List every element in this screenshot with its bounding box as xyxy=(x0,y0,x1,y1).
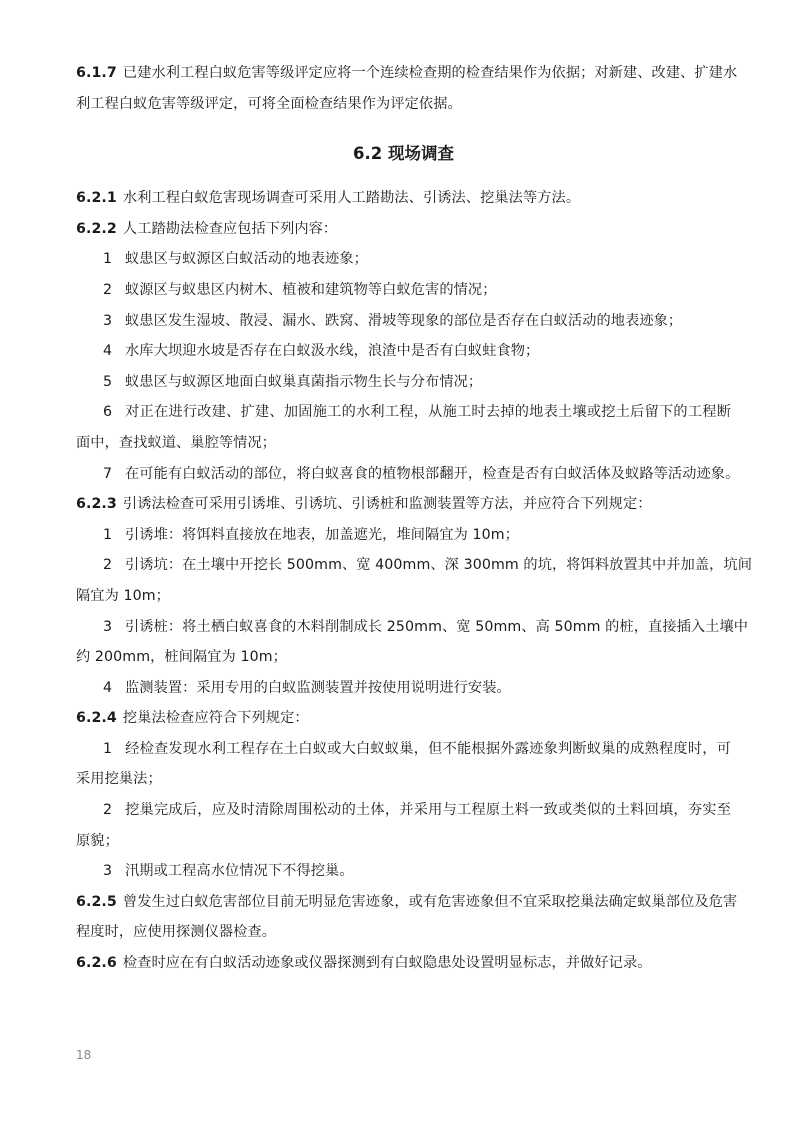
list-item: 2引诱坑：在土壤中开挖长 500mm、宽 400mm、深 300mm 的坑，将饵… xyxy=(76,550,731,581)
list-item: 2挖巢完成后，应及时清除周围松动的土体，并采用与工程原土料一致或类似的土料回填，… xyxy=(76,795,731,826)
clause-number: 6.2.2 xyxy=(76,221,117,237)
section-heading: 6.2 现场调查 xyxy=(76,125,731,183)
list-item-continuation: 原貌； xyxy=(76,826,731,857)
clause-6-2-3: 6.2.3引诱法检查可采用引诱堆、引诱坑、引诱桩和监测装置等方法，并应符合下列规… xyxy=(76,489,731,520)
list-item: 1引诱堆：将饵料直接放在地表，加盖遮光，堆间隔宜为 10m； xyxy=(76,520,731,551)
list-item: 5蚁患区与蚁源区地面白蚁巢真菌指示物生长与分布情况； xyxy=(76,367,731,398)
list-item: 6对正在进行改建、扩建、加固施工的水利工程，从施工时去掉的地表土壤或挖土后留下的… xyxy=(76,397,731,428)
clause-6-2-5-line-1: 6.2.5曾发生过白蚁危害部位目前无明显危害迹象，或有危害迹象但不宜采取挖巢法确… xyxy=(76,887,731,918)
clause-6-2-1: 6.2.1水利工程白蚁危害现场调查可采用人工踏勘法、引诱法、挖巢法等方法。 xyxy=(76,183,731,214)
page-number: 18 xyxy=(76,1048,91,1062)
clause-6-2-4: 6.2.4挖巢法检查应符合下列规定： xyxy=(76,703,731,734)
list-item: 4水库大坝迎水坡是否存在白蚁汲水线，浪渣中是否有白蚁蛀食物； xyxy=(76,336,731,367)
clause-6-2-6: 6.2.6检查时应在有白蚁活动迹象或仪器探测到有白蚁隐患处设置明显标志，并做好记… xyxy=(76,948,731,979)
clause-6-1-7-line-1: 6.1.7已建水利工程白蚁危害等级评定应将一个连续检查期的检查结果作为依据；对新… xyxy=(76,58,731,89)
clause-number: 6.2.1 xyxy=(76,190,117,206)
list-item: 4监测装置：采用专用的白蚁监测装置并按使用说明进行安装。 xyxy=(76,673,731,704)
list-item: 3汛期或工程高水位情况下不得挖巢。 xyxy=(76,856,731,887)
list-item-continuation: 隔宜为 10m； xyxy=(76,581,731,612)
list-item-continuation: 约 200mm，桩间隔宜为 10m； xyxy=(76,642,731,673)
list-item-continuation: 采用挖巢法； xyxy=(76,764,731,795)
clause-number: 6.2.5 xyxy=(76,894,117,910)
clause-number: 6.2.6 xyxy=(76,955,117,971)
list-item-continuation: 面中，查找蚁道、巢腔等情况； xyxy=(76,428,731,459)
list-item: 1经检查发现水利工程存在土白蚁或大白蚁蚁巢，但不能根据外露迹象判断蚁巢的成熟程度… xyxy=(76,734,731,765)
clause-6-2-2: 6.2.2人工踏勘法检查应包括下列内容： xyxy=(76,214,731,245)
list-item: 2蚁源区与蚁患区内树木、植被和建筑物等白蚁危害的情况； xyxy=(76,275,731,306)
clause-number: 6.2.4 xyxy=(76,710,117,726)
list-item: 3蚁患区发生湿坡、散浸、漏水、跌窝、滑坡等现象的部位是否存在白蚁活动的地表迹象； xyxy=(76,306,731,337)
clause-6-1-7-line-2: 利工程白蚁危害等级评定，可将全面检查结果作为评定依据。 xyxy=(76,89,731,120)
clause-6-2-5-line-2: 程度时，应使用探测仪器检查。 xyxy=(76,917,731,948)
clause-number: 6.1.7 xyxy=(76,65,117,81)
document-page: 6.1.7已建水利工程白蚁危害等级评定应将一个连续检查期的检查结果作为依据；对新… xyxy=(76,58,731,979)
list-item: 7在可能有白蚁活动的部位，将白蚁喜食的植物根部翻开，检查是否有白蚁活体及蚁路等活… xyxy=(76,459,731,490)
list-item: 3引诱桩：将土栖白蚁喜食的木料削制成长 250mm、宽 50mm、高 50mm … xyxy=(76,612,731,643)
clause-number: 6.2.3 xyxy=(76,496,117,512)
list-item: 1蚁患区与蚁源区白蚁活动的地表迹象； xyxy=(76,244,731,275)
